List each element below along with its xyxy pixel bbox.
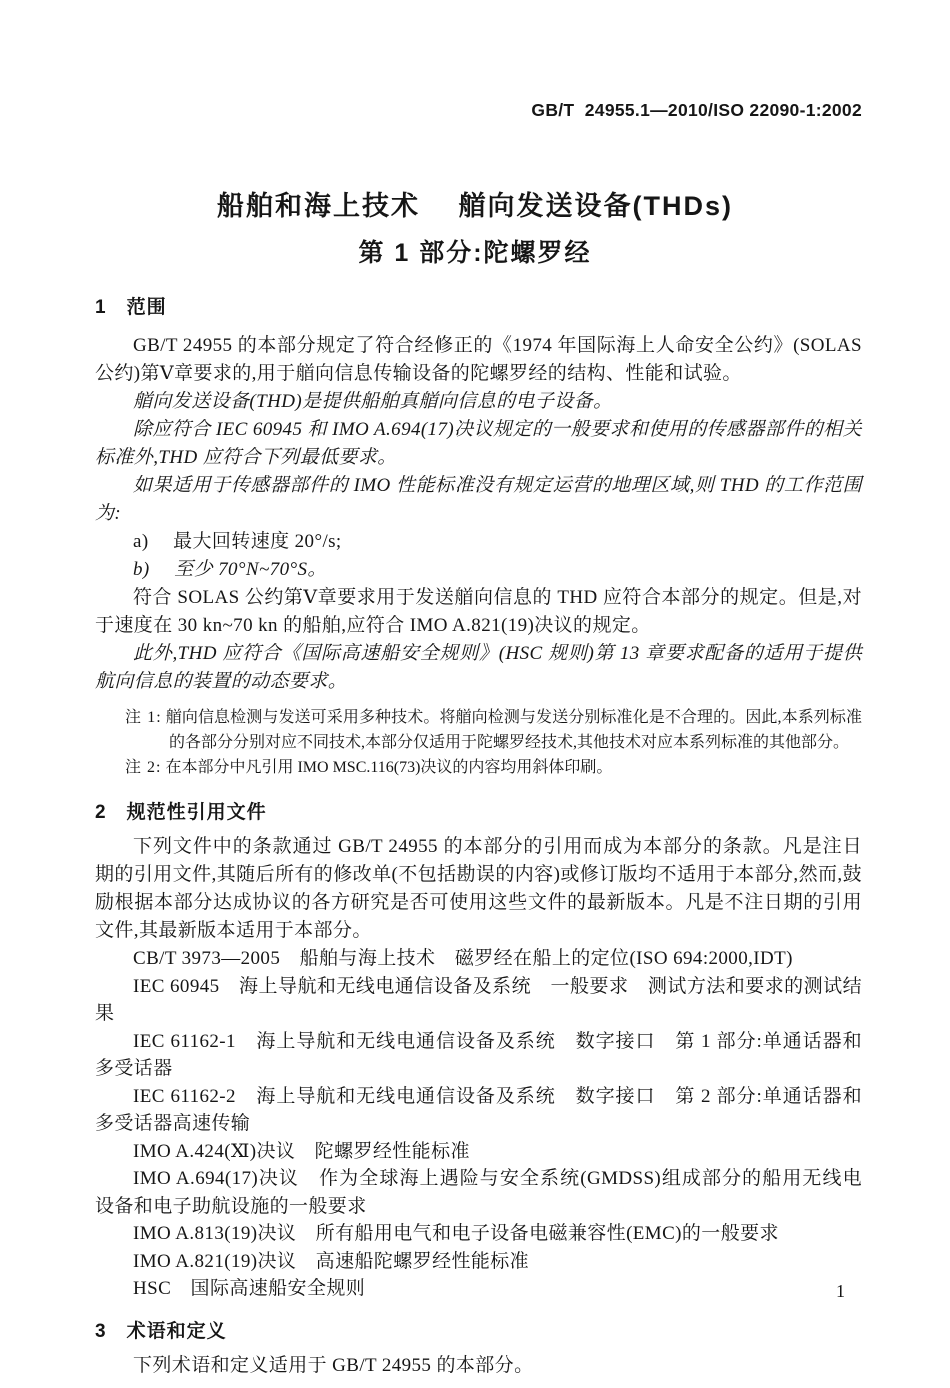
- scope-paragraph-1: GB/T 24955 的本部分规定了符合经修正的《1974 年国际海上人命安全公…: [95, 332, 862, 388]
- doc-title-line-2: 第 1 部分:陀螺罗经: [0, 233, 950, 269]
- note-1-text: 艏向信息检测与发送可采用多种技术。将艏向检测与发送分别标准化是不合理的。因此,本…: [166, 709, 862, 751]
- section-3-heading: 3 术语和定义: [95, 1320, 862, 1343]
- reference-item: CB/T 3973—2005 船舶与海上技术 磁罗经在船上的定位(ISO 694…: [95, 945, 862, 973]
- reference-item: IMO A.813(19)决议 所有船用电气和电子设备电磁兼容性(EMC)的一般…: [95, 1220, 862, 1248]
- page-number: 1: [836, 1281, 845, 1302]
- reference-item: HSC 国际高速船安全规则: [95, 1275, 862, 1303]
- note-1: 注 1: 艏向信息检测与发送可采用多种技术。将艏向检测与发送分别标准化是不合理的…: [125, 705, 862, 755]
- document-title: 船舶和海上技术 艏向发送设备(THDs) 第 1 部分:陀螺罗经: [0, 184, 950, 269]
- reference-item: IEC 60945 海上导航和无线电通信设备及系统 一般要求 测试方法和要求的测…: [95, 973, 862, 1028]
- reference-item: IEC 61162-1 海上导航和无线电通信设备及系统 数字接口 第 1 部分:…: [95, 1028, 862, 1083]
- scope-paragraph-5: 符合 SOLAS 公约第Ⅴ章要求用于发送艏向信息的 THD 应符合本部分的规定。…: [95, 584, 862, 640]
- standard-number: GB/T 24955.1—2010/ISO 22090-1:2002: [531, 100, 862, 121]
- scope-paragraph-4: 如果适用于传感器部件的 IMO 性能标准没有规定运营的地理区域,则 THD 的工…: [95, 472, 862, 528]
- reference-item: IMO A.821(19)决议 高速船陀螺罗经性能标准: [95, 1248, 862, 1276]
- document-body: 1 范围 GB/T 24955 的本部分规定了符合经修正的《1974 年国际海上…: [95, 296, 862, 1380]
- scope-paragraph-6: 此外,THD 应符合《国际高速船安全规则》(HSC 规则)第 13 章要求配备的…: [95, 640, 862, 696]
- note-1-label: 注 1:: [125, 709, 162, 726]
- reference-item: IEC 61162-2 海上导航和无线电通信设备及系统 数字接口 第 2 部分:…: [95, 1083, 862, 1138]
- document-page: GB/T 24955.1—2010/ISO 22090-1:2002 船舶和海上…: [0, 0, 950, 1388]
- note-2: 注 2: 在本部分中凡引用 IMO MSC.116(73)决议的内容均用斜体印刷…: [125, 755, 862, 780]
- scope-paragraph-3: 除应符合 IEC 60945 和 IMO A.694(17)决议规定的一般要求和…: [95, 416, 862, 472]
- section-1-heading: 1 范围: [95, 296, 862, 319]
- note-2-label: 注 2:: [125, 759, 161, 776]
- reference-item: IMO A.694(17)决议 作为全球海上遇险与安全系统(GMDSS)组成部分…: [95, 1165, 862, 1220]
- scope-list-item-a: a) 最大回转速度 20°/s;: [95, 528, 862, 556]
- reference-item: IMO A.424(Ⅺ)决议 陀螺罗经性能标准: [95, 1138, 862, 1166]
- normative-references-intro: 下列文件中的条款通过 GB/T 24955 的本部分的引用而成为本部分的条款。凡…: [95, 833, 862, 945]
- terms-definitions-intro: 下列术语和定义适用于 GB/T 24955 的本部分。: [95, 1352, 862, 1380]
- section-2-heading: 2 规范性引用文件: [95, 801, 862, 824]
- note-2-text: 在本部分中凡引用 IMO MSC.116(73)决议的内容均用斜体印刷。: [165, 759, 612, 776]
- scope-list-item-b: b) 至少 70°N~70°S。: [95, 556, 862, 584]
- doc-title-line-1: 船舶和海上技术 艏向发送设备(THDs): [0, 184, 950, 223]
- scope-paragraph-2: 艏向发送设备(THD)是提供船舶真艏向信息的电子设备。: [95, 388, 862, 416]
